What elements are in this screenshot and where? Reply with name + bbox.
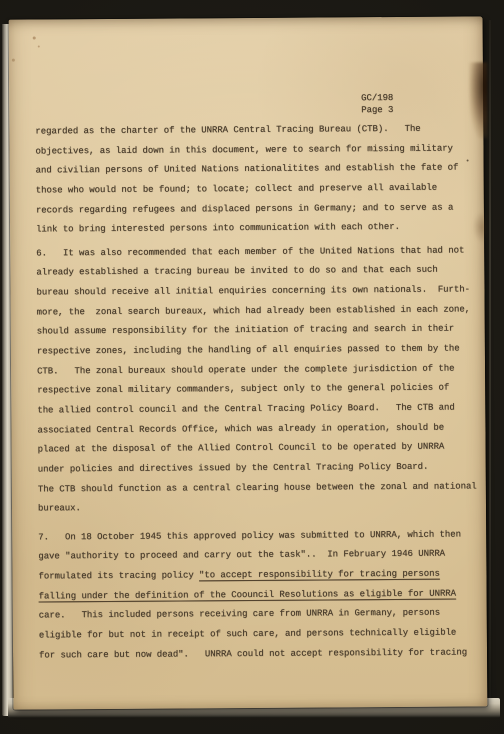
page-number: Page 3 (361, 104, 393, 116)
text-line: under policies and directives issued by … (38, 457, 483, 480)
paper-speck (33, 36, 36, 39)
text-line: records regarding refugees and displaced… (36, 198, 481, 221)
text-line: The CTB should function as a central cle… (38, 477, 483, 500)
paragraph-7: 7. On 18 October 1945 this approved poli… (38, 525, 484, 666)
cover-edge-highlight (489, 20, 491, 704)
text-line: formulated its tracing policy "to accept… (38, 564, 483, 587)
text-line: those who would not be found; to locate;… (36, 178, 481, 201)
text-line: link to bring interested persons into co… (36, 218, 481, 241)
scan-background: GC/198 Page 3 regarded as the charter of… (0, 0, 504, 734)
underlined-text-segment: "to accept responsibility for tracing pe… (199, 569, 440, 581)
paper-speck (12, 59, 15, 62)
underlined-text-segment: falling under the definition of the Coou… (39, 588, 456, 601)
text-line: the allied control council and the Centr… (37, 398, 482, 421)
paper-speck (38, 45, 40, 47)
text-line: eligible for but not in receipt of such … (39, 623, 484, 646)
text-line: regarded as the charter of the UNRRA Cen… (35, 119, 480, 142)
text-line: respective zones, including the handling… (37, 339, 482, 362)
text-segment: formulated its tracing policy (38, 570, 199, 581)
doc-reference: GC/198 (361, 92, 393, 104)
document-body: regarded as the charter of the UNRRA Cen… (35, 119, 484, 665)
document-page: GC/198 Page 3 regarded as the charter of… (9, 16, 488, 709)
text-line: bureaux. (38, 497, 483, 520)
paragraph-intro: regarded as the charter of the UNRRA Cen… (35, 119, 481, 240)
text-line: for such care but now dead". UNRRA could… (39, 643, 484, 666)
paragraph-6: 6. It was also recommended that each mem… (36, 241, 483, 519)
